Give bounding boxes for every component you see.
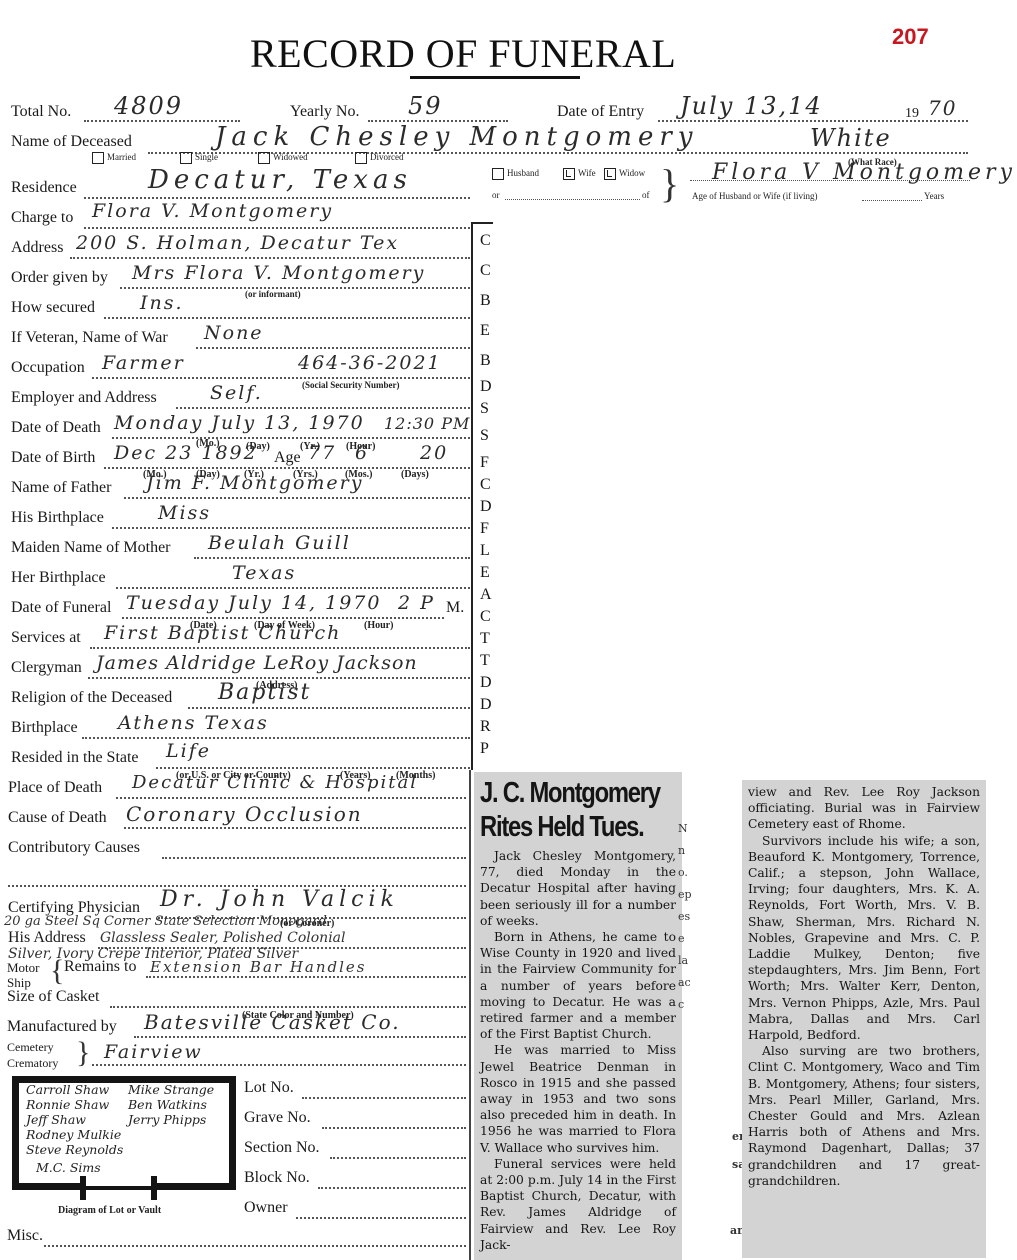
religion-line: [188, 707, 470, 709]
place-of-death-label: Place of Death: [8, 779, 102, 797]
covered-letter: E: [480, 316, 494, 346]
employer-line: [176, 407, 470, 409]
date-of-birth-value: Dec 23 1892: [114, 442, 258, 464]
place-of-death-line: [116, 797, 466, 799]
yearly-no-label: Yearly No.: [290, 103, 359, 121]
resided-line: [156, 767, 470, 769]
checkbox-married[interactable]: Married: [92, 152, 136, 164]
address-line: [70, 257, 470, 259]
pallbearer: Jerry Phipps: [128, 1112, 214, 1127]
dof-sublabel-hour: (Hour): [364, 620, 393, 631]
fragment: o.: [678, 862, 692, 884]
checkbox-divorced-label: Divorced: [370, 152, 404, 162]
name-of-deceased-label: Name of Deceased: [11, 133, 132, 151]
residence-label: Residence: [11, 179, 77, 197]
covered-letter: A: [480, 584, 494, 606]
yearly-no-value: 59: [408, 92, 443, 120]
checkbox-married-label: Married: [107, 152, 136, 162]
manufactured-by-label: Manufactured by: [7, 1018, 117, 1036]
misc-line: [44, 1245, 466, 1247]
fragment: e: [678, 928, 692, 950]
of-label: of: [642, 190, 650, 200]
casket-description-line-1: 20 ga Steel Sq Corner State Selection Mo…: [4, 914, 327, 929]
covered-letter: D: [480, 672, 494, 694]
cemetery-line: [92, 1064, 466, 1066]
date-of-entry-year-prefix: 19: [905, 106, 919, 122]
date-of-entry-label: Date of Entry: [557, 103, 644, 121]
remains-to-label: Remains to: [64, 958, 136, 976]
checkbox-widow-label: Widow: [619, 168, 645, 178]
lot-diagram-opening: [85, 1176, 151, 1186]
covered-column-letters: C C B E B D S S F C D F L E A C T T D D …: [480, 226, 494, 846]
covered-letter: C: [480, 606, 494, 628]
age-label: Age: [274, 449, 301, 467]
veteran-war-line: [196, 347, 470, 349]
covered-letter: B: [480, 346, 494, 376]
covered-letter: P: [480, 738, 494, 760]
date-of-funeral-line: [122, 617, 444, 619]
place-of-death-value: Decatur Clinic & Hospital: [132, 772, 418, 793]
occupation-line: [92, 377, 470, 379]
ssn-sublabel: (Social Security Number): [302, 380, 399, 390]
obituary-clipping-col2: view and Rev. Lee Roy Jackson officiatin…: [742, 780, 986, 1258]
obituary-paragraph: Funeral services were held at 2:00 p.m. …: [480, 1156, 676, 1253]
date-of-funeral-label: Date of Funeral: [11, 599, 111, 617]
obituary-paragraph: Born in Athens, he came to Wise County i…: [480, 929, 676, 1042]
pallbearer: M.C. Sims: [36, 1160, 123, 1175]
order-given-by-value: Mrs Flora V. Montgomery: [132, 262, 425, 284]
page-number: 207: [892, 24, 929, 50]
owner-line: [296, 1217, 466, 1219]
covered-letter: S: [480, 420, 494, 452]
title-underline: [410, 76, 580, 79]
covered-letter: E: [480, 562, 494, 584]
brace-icon: }: [660, 160, 679, 207]
misc-label: Misc.: [7, 1227, 43, 1245]
checkbox-divorced-box[interactable]: [355, 152, 367, 164]
covered-letter: R: [480, 716, 494, 738]
age-years-value: 77: [308, 442, 336, 464]
religion-label: Religion of the Deceased: [11, 689, 172, 707]
date-of-funeral-value: Tuesday July 14, 1970: [126, 592, 381, 614]
cause-of-death-label: Cause of Death: [8, 809, 107, 827]
brace-icon: {: [50, 954, 64, 988]
charge-to-line: [84, 227, 470, 229]
cause-of-death-value: Coronary Occlusion: [126, 802, 363, 826]
resided-value: Life: [166, 740, 211, 762]
underlying-page-fragments: N n o. ep es e la ac c: [678, 818, 692, 1016]
cemetery-value: Fairview: [104, 1041, 203, 1063]
fragment: c: [678, 994, 692, 1016]
address-label: Address: [11, 239, 63, 257]
pallbearer: Ben Watkins: [128, 1097, 214, 1112]
block-no-label: Block No.: [244, 1169, 310, 1187]
order-given-by-sublabel: (or informant): [245, 289, 301, 299]
charge-to-value: Flora V. Montgomery: [92, 200, 333, 222]
total-no-value: 4809: [114, 92, 183, 120]
her-birthplace-line: [116, 587, 470, 589]
his-birthplace-label: His Birthplace: [11, 509, 104, 527]
religion-value: Baptist: [218, 680, 311, 705]
employer-value: Self.: [210, 382, 263, 404]
lot-diagram-leg-left: [80, 1176, 86, 1200]
block-no-line: [318, 1187, 466, 1189]
lot-diagram-caption: Diagram of Lot or Vault: [58, 1205, 161, 1216]
lot-no-line: [302, 1097, 466, 1099]
covered-letter: T: [480, 628, 494, 650]
or-line: [505, 199, 640, 200]
certifying-physician-value: Dr. John Valcik: [160, 887, 399, 912]
covered-letter: S: [480, 398, 494, 420]
covered-letter: C: [480, 226, 494, 256]
section-no-line: [330, 1157, 466, 1159]
covered-letter: D: [480, 496, 494, 518]
page-title: RECORD OF FUNERAL: [250, 30, 676, 77]
checkbox-wife-box[interactable]: [563, 168, 575, 180]
dob-sublabel-days: (Days): [401, 469, 429, 480]
occupation-label: Occupation: [11, 359, 85, 377]
covered-letter: B: [480, 286, 494, 316]
checkbox-single-label: Single: [195, 152, 218, 162]
covered-letter: D: [480, 376, 494, 398]
lot-diagram-leg-right: [151, 1176, 157, 1200]
covered-letter: D: [480, 694, 494, 716]
age-spouse-line: [862, 200, 922, 201]
years-label: Years: [924, 191, 944, 201]
ssn-value: 464-36-2021: [298, 352, 442, 374]
age-months-value: 6: [355, 442, 369, 464]
pallbearers-left: Carroll Shaw Ronnie Shaw Jeff Shaw Rodne…: [26, 1082, 123, 1175]
grave-no-line: [322, 1127, 466, 1129]
pallbearer: Rodney Mulkie: [26, 1127, 123, 1142]
checkbox-single-box[interactable]: [180, 152, 192, 164]
covered-letter: C: [480, 474, 494, 496]
obituary-paragraph: He was married to Miss Jewel Beatrice De…: [480, 1042, 676, 1155]
residence-value: Decatur, Texas: [148, 165, 412, 195]
obituary-paragraph: view and Rev. Lee Roy Jackson officiatin…: [748, 784, 980, 833]
clergyman-label: Clergyman: [11, 659, 82, 677]
date-of-death-line: [112, 437, 470, 439]
clergyman-line: [88, 677, 470, 679]
checkbox-widow[interactable]: Widow: [604, 168, 645, 180]
brace-icon: }: [76, 1036, 90, 1070]
father-line: [124, 497, 470, 499]
date-of-birth-label: Date of Birth: [11, 449, 95, 467]
his-birthplace-value: Miss: [158, 502, 211, 524]
lot-no-label: Lot No.: [244, 1079, 294, 1097]
date-of-death-label: Date of Death: [11, 419, 101, 437]
her-birthplace-label: Her Birthplace: [11, 569, 106, 587]
column-divider: [471, 222, 473, 770]
date-of-death-value: Monday July 13, 1970: [114, 412, 365, 434]
birthplace-line: [82, 737, 470, 739]
section-no-label: Section No.: [244, 1139, 320, 1157]
obituary-headline-line1: J. C. Montgomery: [480, 776, 641, 810]
services-at-value: First Baptist Church: [104, 622, 341, 644]
charge-to-label: Charge to: [11, 209, 73, 227]
fragment: la: [678, 950, 692, 972]
fragment: es: [678, 906, 692, 928]
checkbox-husband-label: Husband: [507, 168, 539, 178]
veteran-war-label: If Veteran, Name of War: [11, 329, 168, 347]
covered-letter: T: [480, 650, 494, 672]
fragment: N: [678, 818, 692, 840]
order-given-by-label: Order given by: [11, 269, 108, 287]
obituary-clipping-col1: J. C. Montgomery Rites Held Tues. Jack C…: [474, 772, 682, 1260]
remains-to-line: [146, 976, 466, 978]
checkbox-married-box[interactable]: [92, 152, 104, 164]
obituary-headline: J. C. Montgomery Rites Held Tues.: [480, 776, 641, 844]
her-birthplace-value: Texas: [232, 562, 296, 584]
name-of-deceased-value: Jack Chesley Montgomery: [215, 122, 698, 152]
spouse-name-value: Flora V Montgomery: [712, 160, 1016, 185]
birthplace-label: Birthplace: [11, 719, 78, 737]
pallbearer: Steve Reynolds: [26, 1142, 123, 1157]
father-label: Name of Father: [11, 479, 111, 497]
checkbox-divorced[interactable]: Divorced: [355, 152, 404, 164]
his-address-value: Glassless Sealer, Polished Colonial: [100, 930, 346, 946]
manufactured-by-line: [134, 1036, 466, 1038]
total-no-label: Total No.: [11, 103, 71, 121]
employer-label: Employer and Address: [11, 389, 157, 407]
obituary-paragraph: Also surving are two brothers, Clint C. …: [748, 1043, 980, 1189]
checkbox-wife[interactable]: Wife: [563, 168, 596, 180]
race-value: White: [810, 124, 892, 152]
birthplace-value: Athens Texas: [118, 712, 269, 734]
covered-letter: C: [480, 256, 494, 286]
mother-line: [194, 557, 470, 559]
covered-letter: F: [480, 452, 494, 474]
remains-to-value: Extension Bar Handles: [150, 958, 367, 976]
cemetery-label: Cemetery: [7, 1040, 54, 1055]
services-at-line: [90, 647, 470, 649]
cause-of-death-line: [124, 827, 466, 829]
services-at-label: Services at: [11, 629, 81, 647]
checkbox-widowed[interactable]: Widowed: [258, 152, 308, 164]
contributory-causes-label: Contributory Causes: [8, 839, 140, 857]
obituary-headline-line2: Rites Held Tues.: [480, 810, 641, 844]
age-spouse-label: Age of Husband or Wife (if living): [692, 191, 817, 201]
obituary-paragraph: Survivors include his wife; a son, Beauf…: [748, 833, 980, 1044]
obituary-paragraph: Jack Chesley Montgomery, 77, died Monday…: [480, 848, 676, 929]
checkbox-single[interactable]: Single: [180, 152, 218, 164]
checkbox-husband-box[interactable]: [492, 168, 504, 180]
checkbox-widowed-label: Widowed: [273, 152, 308, 162]
covered-letter: L: [480, 540, 494, 562]
date-of-entry-line: [658, 120, 968, 122]
pallbearer: Mike Strange: [128, 1082, 214, 1097]
owner-label: Owner: [244, 1199, 288, 1217]
crematory-label: Crematory: [7, 1056, 58, 1071]
or-label: or: [492, 190, 500, 200]
contributory-causes-line: [162, 857, 466, 859]
occupation-value: Farmer: [102, 352, 185, 374]
how-secured-value: Ins.: [140, 292, 184, 314]
funeral-meridian-label: M.: [446, 599, 464, 617]
date-of-entry-year: 70: [928, 96, 957, 120]
address-value: 200 S. Holman, Decatur Tex: [76, 232, 399, 254]
column-divider-top: [471, 222, 493, 224]
father-value: Jim F. Montgomery: [146, 472, 364, 494]
date-of-entry-value: July 13,14: [680, 92, 823, 120]
checkbox-wife-label: Wife: [578, 168, 596, 178]
pallbearer: Carroll Shaw: [26, 1082, 123, 1097]
checkbox-husband[interactable]: Husband: [492, 168, 539, 180]
checkbox-widowed-box[interactable]: [258, 152, 270, 164]
his-address-label: His Address: [8, 929, 86, 947]
grave-no-label: Grave No.: [244, 1109, 311, 1127]
pallbearers-right: Mike Strange Ben Watkins Jerry Phipps: [128, 1082, 214, 1127]
his-birthplace-line: [112, 527, 470, 529]
checkbox-widow-box[interactable]: [604, 168, 616, 180]
fragment: ep: [678, 884, 692, 906]
residence-line: [84, 197, 470, 199]
pallbearer: Jeff Shaw: [26, 1112, 123, 1127]
size-of-casket-label: Size of Casket: [7, 988, 99, 1006]
manufactured-by-value: Batesville Casket Co.: [144, 1010, 401, 1034]
pallbearer: Ronnie Shaw: [26, 1097, 123, 1112]
lower-column-divider: [469, 770, 471, 1260]
size-of-casket-line: [110, 1006, 466, 1008]
mother-value: Beulah Guill: [208, 532, 351, 554]
motor-label: Motor: [7, 960, 40, 975]
date-of-death-hour: 12:30 PM: [384, 414, 470, 433]
veteran-war-value: None: [204, 322, 264, 344]
clergyman-value: James Aldridge LeRoy Jackson: [96, 652, 418, 674]
fragment: n: [678, 840, 692, 862]
how-secured-label: How secured: [11, 299, 95, 317]
funeral-hour-value: 2 P: [398, 592, 435, 614]
age-days-value: 20: [420, 442, 448, 464]
covered-letter: F: [480, 518, 494, 540]
fragment: ac: [678, 972, 692, 994]
how-secured-line: [104, 317, 470, 319]
mother-label: Maiden Name of Mother: [11, 539, 171, 557]
resided-label: Resided in the State: [11, 749, 139, 767]
